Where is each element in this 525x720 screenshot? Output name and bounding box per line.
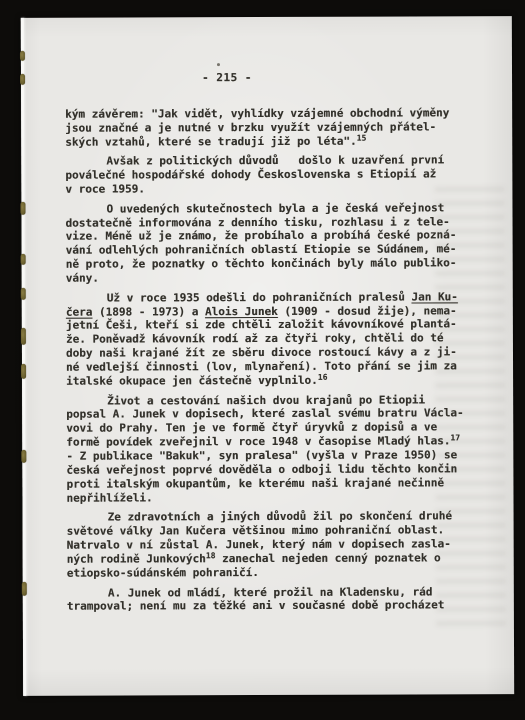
binding-stitch-mark [20, 51, 25, 61]
text-segment: nepřihlíželi. [66, 491, 152, 504]
underlined-text: Alois Junek [205, 305, 278, 318]
text-line: Život a cestování našich dvou krajanů po… [66, 393, 476, 408]
text-line: popsal A. Junek v dopisech, které zaslal… [66, 407, 476, 422]
footnote-superscript: 18 [206, 551, 216, 560]
text-segment: ských vztahů, které se tradují již po lé… [65, 134, 356, 148]
text-line: kým závěrem: "Jak vidět, vyhlídky vzájem… [65, 106, 475, 121]
underlined-text: čera [66, 305, 93, 318]
text-segment: italské okupace jen částečně vyplnilo. [66, 374, 318, 388]
paragraphs: kým závěrem: "Jak vidět, vyhlídky vzájem… [65, 106, 477, 614]
text-segment: (1909 - dosud žije), nema- [278, 304, 457, 318]
text-line: italské okupace jen částečně vyplnilo.16 [66, 373, 476, 388]
text-segment: vovi do Prahy. Ten je ve formě čtyř úryv… [66, 421, 437, 435]
page-content: - 215 - kým závěrem: "Jak vidět, vyhlídk… [65, 16, 477, 614]
text-line: Avšak z politických důvodů došlo k uzavř… [65, 154, 475, 169]
text-segment: ných rodině Junkových [67, 552, 206, 565]
text-line: jetní Češi, kteří si zde chtěli založit … [66, 318, 476, 333]
text-line: formě povídek zveřejnil v roce 1948 v ča… [66, 435, 476, 450]
document-page: - 215 - kým závěrem: "Jak vidět, vyhlídk… [21, 16, 514, 696]
footnote-superscript: 17 [450, 434, 460, 443]
text-segment: vány. [66, 272, 99, 285]
text-segment: Už v roce 1935 odešli do pohraničních pr… [107, 290, 412, 304]
text-line: Natrvalo v ní zůstal A. Junek, který nám… [67, 537, 477, 552]
text-segment: etiopsko-súdánském pohraničí. [67, 566, 259, 580]
text-line: čera (1898 - 1973) a Alois Junek (1909 -… [66, 304, 476, 319]
text-segment: - Z publikace "Bakuk", syn pralesa" (vyš… [66, 448, 457, 462]
page-number: - 215 - [202, 70, 475, 85]
text-line: trampoval; není mu za těžké ani v součas… [67, 599, 477, 614]
text-line: A. Junek od mládí, které prožil na Klade… [67, 585, 477, 600]
paragraph: Ze zdravotních a jiných důvodů žil po sk… [67, 510, 477, 581]
text-line: ně proto, že poznatky o těchto končinách… [66, 256, 476, 271]
text-line: nepřihlíželi. [66, 490, 476, 505]
text-segment: formě povídek zveřejnil v roce 1948 v ča… [66, 435, 450, 449]
binding-stitch-mark [21, 450, 26, 463]
binding-stitch-mark [20, 202, 25, 215]
text-line: světové války Jan Kučera většinou mimo p… [67, 524, 477, 539]
text-line: proti italským okupantům, ke kterému naš… [66, 476, 476, 491]
text-segment: zanechal nejeden cenný poznatek o [215, 551, 440, 565]
text-line: dostatečně informována z denního tisku, … [66, 215, 476, 230]
paragraph: Už v roce 1935 odešli do pohraničních pr… [66, 290, 476, 389]
text-segment: popsal A. Junek v dopisech, které zaslal… [66, 407, 463, 421]
binding-stitch-mark [21, 254, 26, 265]
text-line: vize. Méně už je známo, že probíhalo a p… [66, 229, 476, 244]
paragraph: O uvedených skutečnostech byla a je česk… [65, 201, 475, 286]
text-segment: česká veřejnost poprvé dověděla o odboji… [66, 462, 457, 476]
text-segment: Život a cestování našich dvou krajanů po… [107, 393, 425, 407]
text-line: Ze zdravotních a jiných důvodů žil po sk… [67, 510, 477, 525]
text-segment: (1898 - 1973) a [92, 305, 205, 318]
text-line: česká veřejnost poprvé dověděla o odboji… [66, 462, 476, 477]
text-segment: jsou značné a je nutné v brzku využít vz… [65, 120, 436, 134]
binding-stitch-mark [21, 364, 26, 379]
binding-stitch-mark [21, 288, 26, 300]
binding-stitch-mark [21, 328, 26, 345]
text-line: že. Poněvadž kávovník rodí až za čtyři r… [66, 332, 476, 347]
text-line: doby naši krajané žít ze sběru divoce ro… [66, 345, 476, 360]
text-segment: né vedlejší činnosti (lov, mlynaření). T… [66, 359, 457, 373]
text-line: - Z publikace "Bakuk", syn pralesa" (vyš… [66, 448, 476, 463]
text-segment: trampoval; není mu za těžké ani v součas… [67, 599, 445, 613]
text-segment: poválečné hospodářské dohody Českosloven… [65, 168, 436, 182]
binding-stitch-mark [22, 582, 27, 596]
text-segment: O uvedených skutečnostech byla a je česk… [106, 201, 444, 215]
text-segment: Ze zdravotních a jiných důvodů žil po sk… [108, 510, 452, 524]
text-segment: dostatečně informována z denního tisku, … [66, 215, 450, 229]
text-line: vovi do Prahy. Ten je ve formě čtyř úryv… [66, 421, 476, 436]
underlined-text: Jan Ku- [411, 290, 457, 303]
binding-stitch-mark [20, 74, 25, 85]
text-segment: Avšak z politických důvodů došlo k uzavř… [106, 154, 444, 168]
text-segment: A. Junek od mládí, které prožil na Klade… [108, 585, 433, 599]
footnote-superscript: 16 [318, 373, 328, 382]
text-line: né vedlejší činnosti (lov, mlynaření). T… [66, 359, 476, 374]
text-line: ných rodině Junkových18 zanechal nejeden… [67, 551, 477, 566]
text-line: jsou značné a je nutné v brzku využít vz… [65, 120, 475, 135]
text-segment: proti italským okupantům, ke kterému naš… [66, 476, 444, 490]
paragraph: Avšak z politických důvodů došlo k uzavř… [65, 154, 475, 197]
text-line: O uvedených skutečnostech byla a je česk… [65, 201, 475, 216]
text-segment: doby naši krajané žít ze sběru divoce ro… [66, 346, 457, 360]
paragraph: A. Junek od mládí, které prožil na Klade… [67, 585, 477, 614]
text-segment: že. Poněvadž kávovník rodí až za čtyři r… [66, 332, 444, 346]
text-segment: Natrvalo v ní zůstal A. Junek, který nám… [67, 538, 451, 552]
text-segment: v roce 1959. [65, 182, 145, 195]
text-segment: jetní Češi, kteří si zde chtěli založit … [66, 318, 457, 332]
text-line: ských vztahů, které se tradují již po lé… [65, 134, 475, 149]
text-line: v roce 1959. [65, 181, 475, 196]
text-line: Už v roce 1935 odešli do pohraničních pr… [66, 290, 476, 305]
footnote-superscript: 15 [357, 133, 367, 142]
text-segment: světové války Jan Kučera většinou mimo p… [67, 524, 445, 538]
text-line: etiopsko-súdánském pohraničí. [67, 565, 477, 580]
paragraph: Život a cestování našich dvou krajanů po… [66, 393, 476, 506]
text-line: vány. [66, 270, 476, 285]
text-line: poválečné hospodářské dohody Českosloven… [65, 167, 475, 182]
text-segment: vize. Méně už je známo, že probíhalo a p… [66, 229, 457, 243]
text-segment: vání odlehlých pohraničních oblastí Etio… [66, 243, 457, 257]
text-segment: kým závěrem: "Jak vidět, vyhlídky vzájem… [65, 106, 449, 120]
scan-background: - 215 - kým závěrem: "Jak vidět, vyhlídk… [0, 0, 525, 720]
text-segment: ně proto, že poznatky o těchto končinách… [66, 257, 457, 271]
text-line: vání odlehlých pohraničních oblastí Etio… [66, 243, 476, 258]
paragraph: kým závěrem: "Jak vidět, vyhlídky vzájem… [65, 106, 475, 149]
